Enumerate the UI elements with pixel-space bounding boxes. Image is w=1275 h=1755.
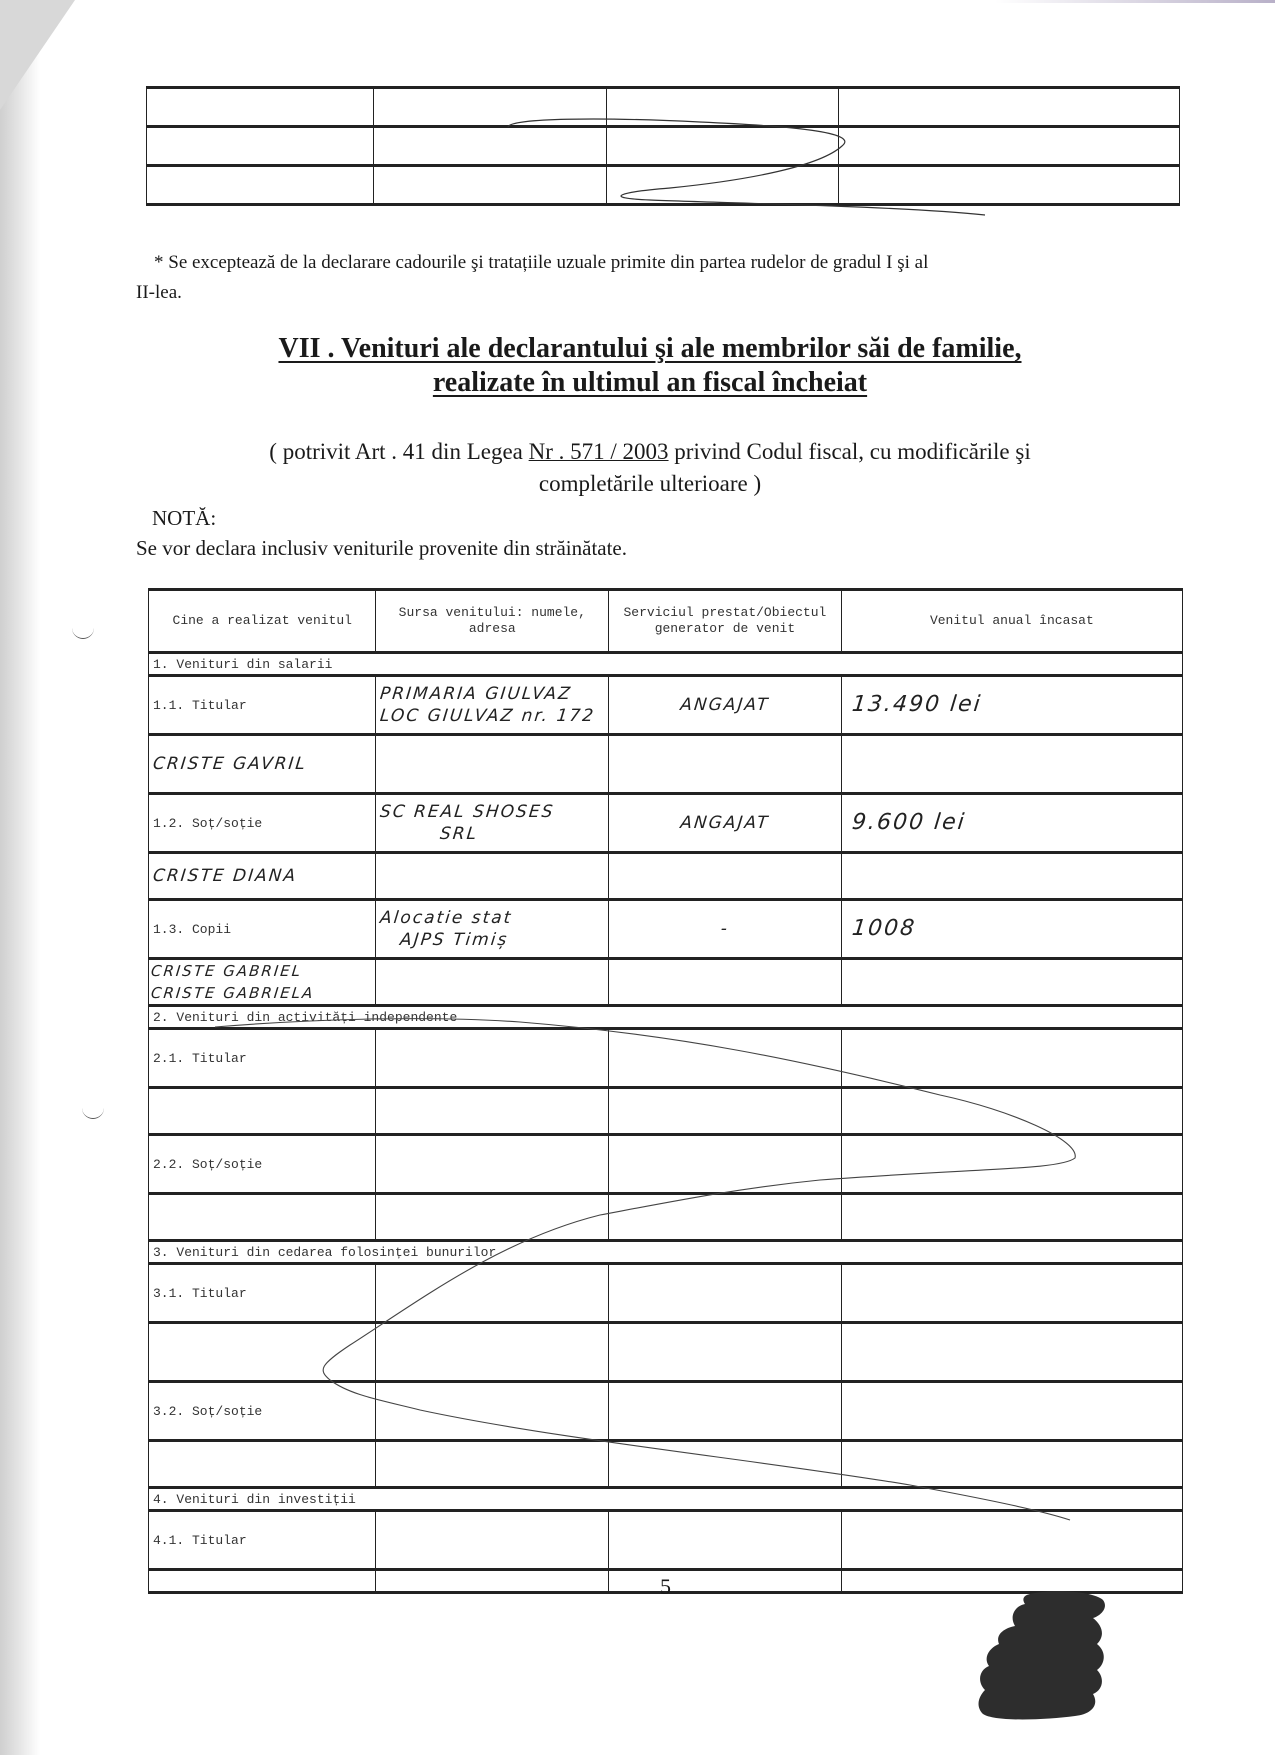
table-row — [147, 127, 1180, 166]
category-label: 1. Venituri din salarii — [149, 653, 1183, 676]
table-row: 4.1. Titular — [149, 1511, 1183, 1570]
table-row — [149, 1441, 1183, 1488]
table-row: CRISTE GAVRIL — [149, 735, 1183, 794]
handwritten-text: LOC GIULVAZ nr. 172 — [379, 705, 596, 727]
handwritten-amount: 1008 — [845, 918, 917, 940]
row-label: 2.1. Titular — [149, 1029, 376, 1088]
service-cell: ANGAJAT — [609, 676, 842, 735]
name-cell: CRISTE DIANA — [149, 853, 376, 900]
handwritten-amount: 9.600 lei — [845, 812, 967, 834]
table-cell — [841, 1088, 1182, 1135]
handwritten-name: CRISTE GABRIEL — [150, 960, 303, 982]
table-cell — [376, 1088, 609, 1135]
source-cell: SC REAL SHOSES SRL — [376, 794, 609, 853]
table-cell — [376, 1323, 609, 1382]
table-row: 1.1. Titular PRIMARIA GIULVAZ LOC GIULVA… — [149, 676, 1183, 735]
table-row: 3.2. Soț/soție — [149, 1382, 1183, 1441]
table-cell — [841, 1194, 1182, 1241]
table-header-row: Cine a realizat venitul Sursa venitului:… — [149, 590, 1183, 653]
handwritten-name: CRISTE GAVRIL — [152, 753, 308, 775]
table-cell — [376, 1382, 609, 1441]
table-cell — [841, 735, 1182, 794]
section-title-line: realizate în ultimul an fiscal încheiat — [433, 367, 867, 398]
note-label: NOTĂ: — [152, 506, 216, 531]
income-table: Cine a realizat venitul Sursa venitului:… — [148, 588, 1183, 1594]
table-cell — [609, 1264, 842, 1323]
handwritten-amount: 13.490 lei — [845, 694, 983, 716]
handwritten-name: CRISTE DIANA — [152, 865, 298, 887]
table-cell — [376, 959, 609, 1006]
table-cell — [609, 1570, 842, 1593]
row-label: 4.1. Titular — [149, 1511, 376, 1570]
handwritten-text: ANGAJAT — [612, 694, 838, 716]
table-row — [149, 1088, 1183, 1135]
category-label: 3. Venituri din cedarea folosinței bunur… — [149, 1241, 1183, 1264]
row-label: 3.2. Soț/soție — [149, 1382, 376, 1441]
table-cell — [376, 735, 609, 794]
note-text: Se vor declara inclusiv veniturile prove… — [136, 536, 627, 561]
table-row: 1.3. Copii Alocatie stat AJPS Timiș - 10… — [149, 900, 1183, 959]
handwritten-text: Alocatie stat — [379, 907, 514, 929]
table-cell — [609, 959, 842, 1006]
handwritten-text: PRIMARIA GIULVAZ — [379, 683, 573, 705]
table-row: CRISTE GABRIEL CRISTE GABRIELA — [149, 959, 1183, 1006]
handwritten-text: SC REAL SHOSES — [379, 801, 556, 823]
service-cell: - — [609, 900, 842, 959]
legal-text: privind Codul fiscal, cu modificările şi — [669, 439, 1031, 464]
table-cell — [609, 1135, 842, 1194]
table-cell — [841, 1511, 1182, 1570]
footnote-line: II-lea. — [136, 278, 1176, 308]
column-header-source: Sursa venitului: numele, adresa — [376, 590, 609, 653]
table-cell — [376, 1570, 609, 1593]
table-row: CRISTE DIANA — [149, 853, 1183, 900]
row-label: 3.1. Titular — [149, 1264, 376, 1323]
table-row: 3.1. Titular — [149, 1264, 1183, 1323]
table-cell — [376, 853, 609, 900]
table-cell — [609, 1088, 842, 1135]
table-cell — [147, 127, 374, 166]
row-label: 1.1. Titular — [149, 676, 376, 735]
name-cell: CRISTE GAVRIL — [149, 735, 376, 794]
column-header-who: Cine a realizat venitul — [149, 590, 376, 653]
page-number: 5 — [660, 1574, 671, 1600]
category-row-salaries: 1. Venituri din salarii — [149, 653, 1183, 676]
redacted-signature — [975, 1586, 1110, 1726]
table-row: 2.2. Soț/soție — [149, 1135, 1183, 1194]
table-cell — [376, 1194, 609, 1241]
gifts-table — [146, 86, 1180, 206]
handwritten-text: SRL — [379, 823, 479, 845]
row-label: 1.2. Soț/soție — [149, 794, 376, 853]
category-row-independent: 2. Venituri din activități independente — [149, 1006, 1183, 1029]
legal-text: completările ulterioare ) — [150, 468, 1150, 500]
column-header-service: Serviciul prestat/Obiectul generator de … — [609, 590, 842, 653]
row-label: 2.2. Soț/soție — [149, 1135, 376, 1194]
table-cell — [841, 959, 1182, 1006]
table-cell — [609, 853, 842, 900]
table-cell — [841, 1264, 1182, 1323]
scan-edge — [995, 0, 1275, 3]
section-title: VII . Venituri ale declarantului şi ale … — [150, 332, 1150, 400]
table-cell — [841, 1382, 1182, 1441]
table-cell — [609, 1511, 842, 1570]
table-row — [149, 1194, 1183, 1241]
footnote: * Se exceptează de la declarare cadouril… — [136, 248, 1176, 308]
table-cell — [609, 1029, 842, 1088]
table-cell — [376, 1135, 609, 1194]
table-cell — [374, 166, 606, 205]
table-cell — [609, 1441, 842, 1488]
legal-text: ( potrivit Art . 41 din Legea — [269, 439, 528, 464]
table-cell — [376, 1511, 609, 1570]
amount-cell: 13.490 lei — [841, 676, 1182, 735]
handwritten-text: ANGAJAT — [612, 812, 838, 834]
table-cell — [149, 1088, 376, 1135]
section-title-line: VII . Venituri ale declarantului şi ale … — [278, 333, 1021, 364]
category-row-property-use: 3. Venituri din cedarea folosinței bunur… — [149, 1241, 1183, 1264]
table-cell — [374, 127, 606, 166]
legal-reference: ( potrivit Art . 41 din Legea Nr . 571 /… — [150, 436, 1150, 500]
category-label: 4. Venituri din investiții — [149, 1488, 1183, 1511]
table-cell — [839, 166, 1180, 205]
table-cell — [839, 127, 1180, 166]
source-cell: Alocatie stat AJPS Timiș — [376, 900, 609, 959]
footnote-line: * Se exceptează de la declarare cadouril… — [136, 248, 1176, 278]
category-label: 2. Venituri din activități independente — [149, 1006, 1183, 1029]
table-row — [149, 1323, 1183, 1382]
service-cell: ANGAJAT — [609, 794, 842, 853]
table-row — [147, 88, 1180, 127]
punch-hole-mark — [82, 1108, 104, 1119]
table-cell — [376, 1441, 609, 1488]
table-cell — [841, 1029, 1182, 1088]
table-cell — [149, 1323, 376, 1382]
table-row — [147, 166, 1180, 205]
handwritten-text: - — [612, 918, 838, 940]
table-cell — [609, 735, 842, 794]
table-cell — [374, 88, 606, 127]
table-cell — [149, 1441, 376, 1488]
table-cell — [376, 1029, 609, 1088]
amount-cell: 1008 — [841, 900, 1182, 959]
handwritten-text: AJPS Timiș — [379, 929, 510, 951]
table-cell — [149, 1570, 376, 1593]
table-cell — [606, 127, 838, 166]
law-reference: Nr . 571 / 2003 — [529, 439, 669, 464]
punch-hole-mark — [72, 628, 94, 639]
category-row-investments: 4. Venituri din investiții — [149, 1488, 1183, 1511]
table-cell — [609, 1323, 842, 1382]
column-header-amount: Venitul anual încasat — [841, 590, 1182, 653]
table-cell — [606, 166, 838, 205]
table-cell — [609, 1382, 842, 1441]
table-cell — [839, 88, 1180, 127]
table-cell — [841, 1135, 1182, 1194]
table-cell — [609, 1194, 842, 1241]
table-cell — [149, 1194, 376, 1241]
table-cell — [376, 1264, 609, 1323]
table-cell — [841, 1323, 1182, 1382]
table-cell — [147, 88, 374, 127]
source-cell: PRIMARIA GIULVAZ LOC GIULVAZ nr. 172 — [376, 676, 609, 735]
table-cell — [147, 166, 374, 205]
handwritten-name: CRISTE GABRIELA — [150, 982, 316, 1004]
amount-cell: 9.600 lei — [841, 794, 1182, 853]
row-label: 1.3. Copii — [149, 900, 376, 959]
table-row: 2.1. Titular — [149, 1029, 1183, 1088]
table-row: 1.2. Soț/soție SC REAL SHOSES SRL ANGAJA… — [149, 794, 1183, 853]
table-cell — [841, 1441, 1182, 1488]
table-cell — [841, 853, 1182, 900]
table-cell — [606, 88, 838, 127]
name-cell: CRISTE GABRIEL CRISTE GABRIELA — [149, 959, 376, 1006]
